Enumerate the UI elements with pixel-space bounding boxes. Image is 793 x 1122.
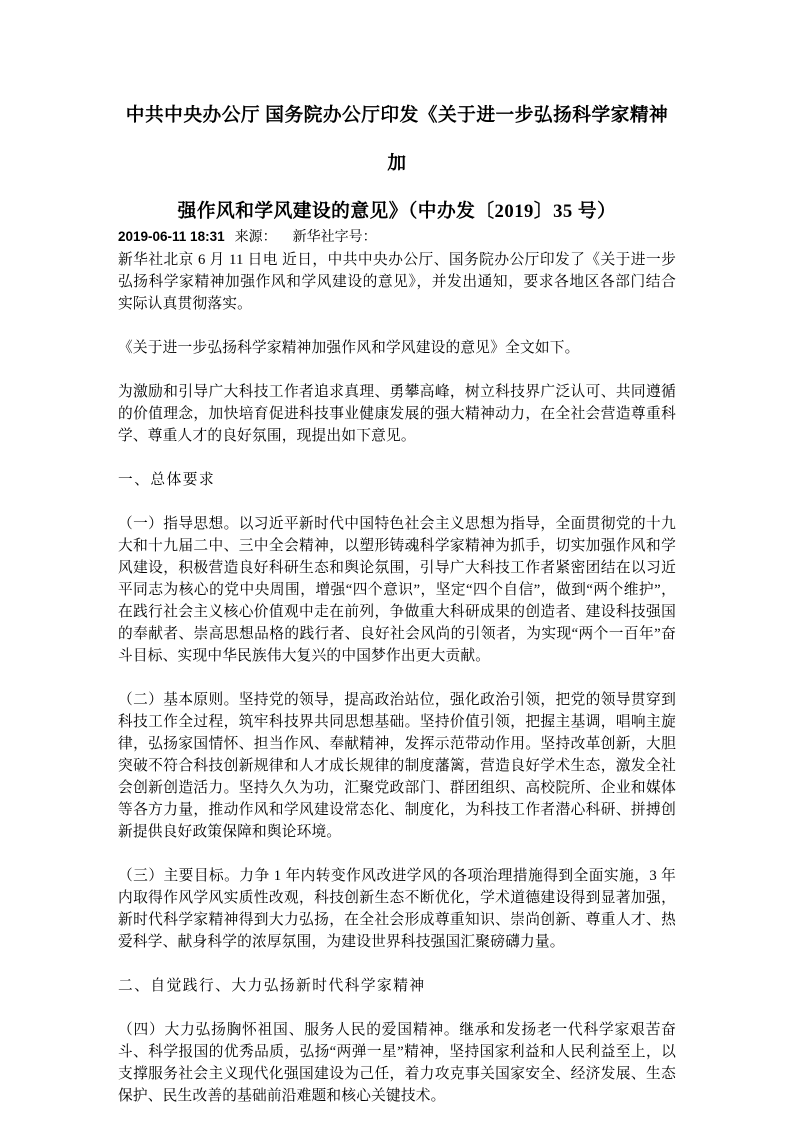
source-value: 新华社 — [293, 230, 335, 245]
paragraph-preamble: 为激励和引导广大科技工作者追求真理、勇攀高峰，树立科技界广泛认可、共同遵循的价值… — [118, 381, 676, 447]
paragraph-fulltext-intro: 《关于进一步弘扬科学家精神加强作风和学风建设的意见》全文如下。 — [118, 337, 676, 359]
publish-datetime: 2019-06-11 18:31 — [118, 229, 225, 244]
paragraph-patriotic-spirit: （四）大力弘扬胸怀祖国、服务人民的爱国精神。继承和发扬老一代科学家艰苦奋斗、科学… — [118, 1019, 676, 1107]
paragraph-main-goals: （三）主要目标。力争 1 年内转变作风改进学风的各项治理措施得到全面实施，3 年… — [118, 865, 676, 953]
paragraph-basic-principles: （二）基本原则。坚持党的领导，提高政治站位，强化政治引领，把党的领导贯穿到科技工… — [118, 689, 676, 843]
document-page: 中共中央办公厅 国务院办公厅印发《关于进一步弘扬科学家精神加 强作风和学风建设的… — [0, 0, 793, 1122]
section-heading-1: 一、总体要求 — [118, 469, 676, 491]
document-title-line-1: 中共中央办公厅 国务院办公厅印发《关于进一步弘扬科学家精神加 — [118, 92, 676, 188]
fontsize-label: 字号： — [335, 230, 377, 245]
section-heading-2: 二、自觉践行、大力弘扬新时代科学家精神 — [118, 975, 676, 997]
source-label: 来源： — [235, 230, 277, 245]
paragraph-xinhua-lede: 新华社北京 6 月 11 日电 近日，中共中央办公厅、国务院办公厅印发了《关于进… — [118, 249, 676, 315]
paragraph-guiding-ideology: （一）指导思想。以习近平新时代中国特色社会主义思想为指导，全面贯彻党的十九大和十… — [118, 513, 676, 667]
document-title: 中共中央办公厅 国务院办公厅印发《关于进一步弘扬科学家精神加 强作风和学风建设的… — [118, 92, 676, 236]
